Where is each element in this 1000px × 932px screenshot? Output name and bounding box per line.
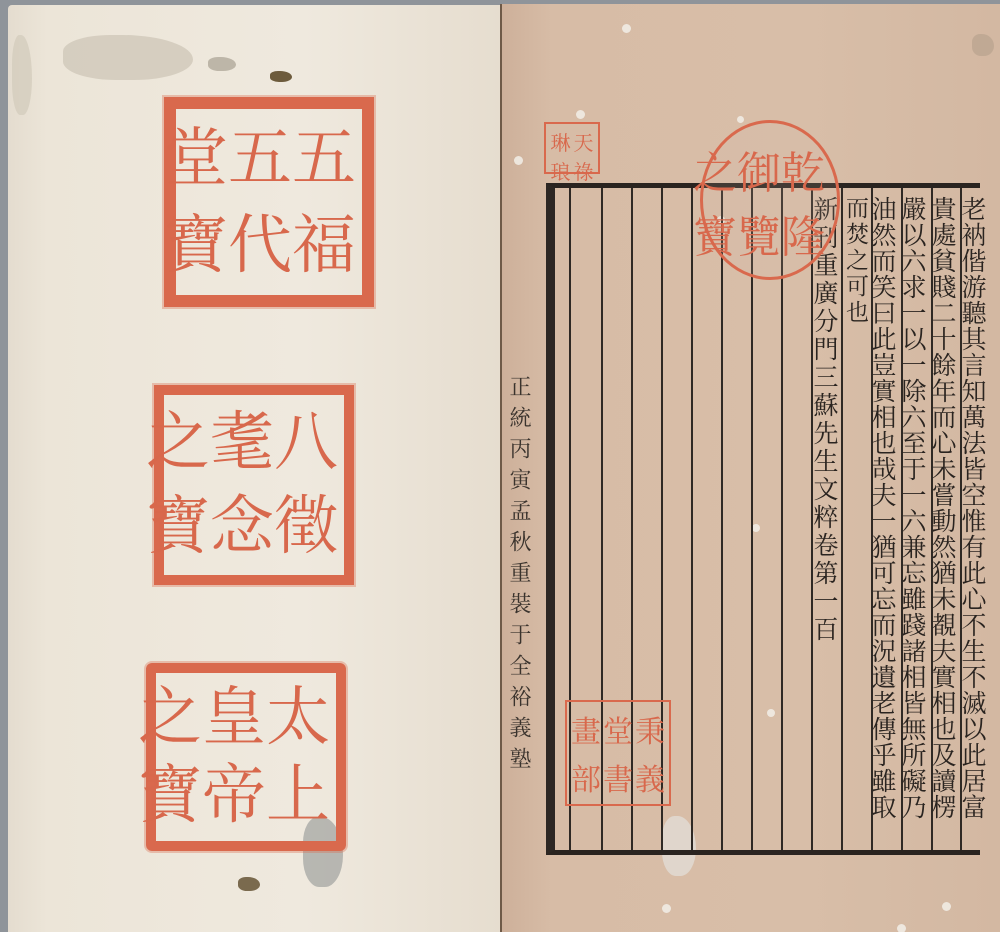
seal-qianlong-yulan: 乾 隆 御 覽 之 寶 [700, 120, 840, 280]
seal-char: 祿 [572, 156, 595, 185]
wormhole [270, 71, 292, 82]
seal-char: 琅 [549, 156, 572, 185]
seal-char: 寶 [146, 485, 210, 569]
wormhole [942, 902, 951, 911]
seal-char: 之 [146, 401, 210, 485]
seal-char: 覽 [737, 201, 781, 265]
seal-char: 五 [228, 115, 292, 202]
text-column-3: 嚴以六求一以一除六至于一六兼忘雖踐諸相皆無所礙乃 [900, 196, 925, 820]
seal-char: 寶 [693, 201, 737, 265]
seal-char: 部 [570, 753, 602, 801]
colophon-text: 正統丙寅孟秋重裝于全裕義塾 [503, 375, 534, 778]
wormhole [514, 156, 523, 165]
seal-bazheng-maonian: 八 徵 耄 念 之 寶 [154, 385, 354, 585]
seal-char: 太 [266, 679, 330, 757]
seal-wufu-wudai: 五 福 五 代 堂 寶 [164, 97, 374, 307]
seal-char: 帝 [202, 757, 266, 835]
seal-char: 徵 [274, 485, 338, 569]
seal-char: 秉 [634, 705, 666, 753]
seal-char: 琳 [549, 127, 572, 156]
water-stain [208, 57, 236, 71]
seal-char: 堂 [164, 115, 228, 202]
text-column-4: 油然而笑曰此豈實相也哉夫一猶可忘而況遺老傳乎雖取 [870, 196, 895, 820]
seal-char: 書 [602, 753, 634, 801]
seal-char: 乾 [781, 137, 825, 201]
seal-char: 寶 [138, 757, 202, 835]
seal-char: 堂 [602, 705, 634, 753]
left-page: 五 福 五 代 堂 寶 八 徵 耄 念 之 寶 太 上 皇 帝 之 寶 [8, 5, 500, 932]
seal-char: 福 [292, 202, 356, 289]
seal-char: 畫 [570, 705, 602, 753]
wormhole [737, 116, 744, 123]
seal-bingyitang: 秉 義 堂 書 畫 部 [565, 700, 671, 806]
water-stain [63, 35, 193, 80]
seal-char: 隆 [781, 201, 825, 265]
wormhole [897, 924, 906, 932]
seal-tianlu-linlang: 天 祿 琳 琅 [544, 122, 600, 174]
seal-char: 耄 [210, 401, 274, 485]
seal-char: 之 [138, 679, 202, 757]
seal-char: 天 [572, 127, 595, 156]
seal-char: 五 [292, 115, 356, 202]
paper-damage [972, 34, 994, 56]
text-column-2: 貴處貧賤二十餘年而心未嘗動然猶未覩夫實相也及讀楞 [930, 196, 955, 820]
seal-char: 御 [737, 137, 781, 201]
text-column-1: 老衲偕游聽其言知萬法皆空惟有此心不生不滅以此居富 [960, 196, 985, 820]
seal-char: 上 [266, 757, 330, 835]
seal-char: 代 [228, 202, 292, 289]
seal-taishang-huangdi: 太 上 皇 帝 之 寶 [146, 663, 346, 851]
wormhole [662, 904, 671, 913]
wormhole [238, 877, 260, 891]
seal-char: 寶 [164, 202, 228, 289]
seal-char: 皇 [202, 679, 266, 757]
seal-char: 念 [210, 485, 274, 569]
wormhole [622, 24, 631, 33]
seal-char: 八 [274, 401, 338, 485]
wormhole [576, 110, 585, 119]
seal-char: 義 [634, 753, 666, 801]
text-column-5: 而焚之可也 [843, 196, 866, 326]
water-stain [12, 35, 32, 115]
seal-char: 之 [693, 137, 737, 201]
